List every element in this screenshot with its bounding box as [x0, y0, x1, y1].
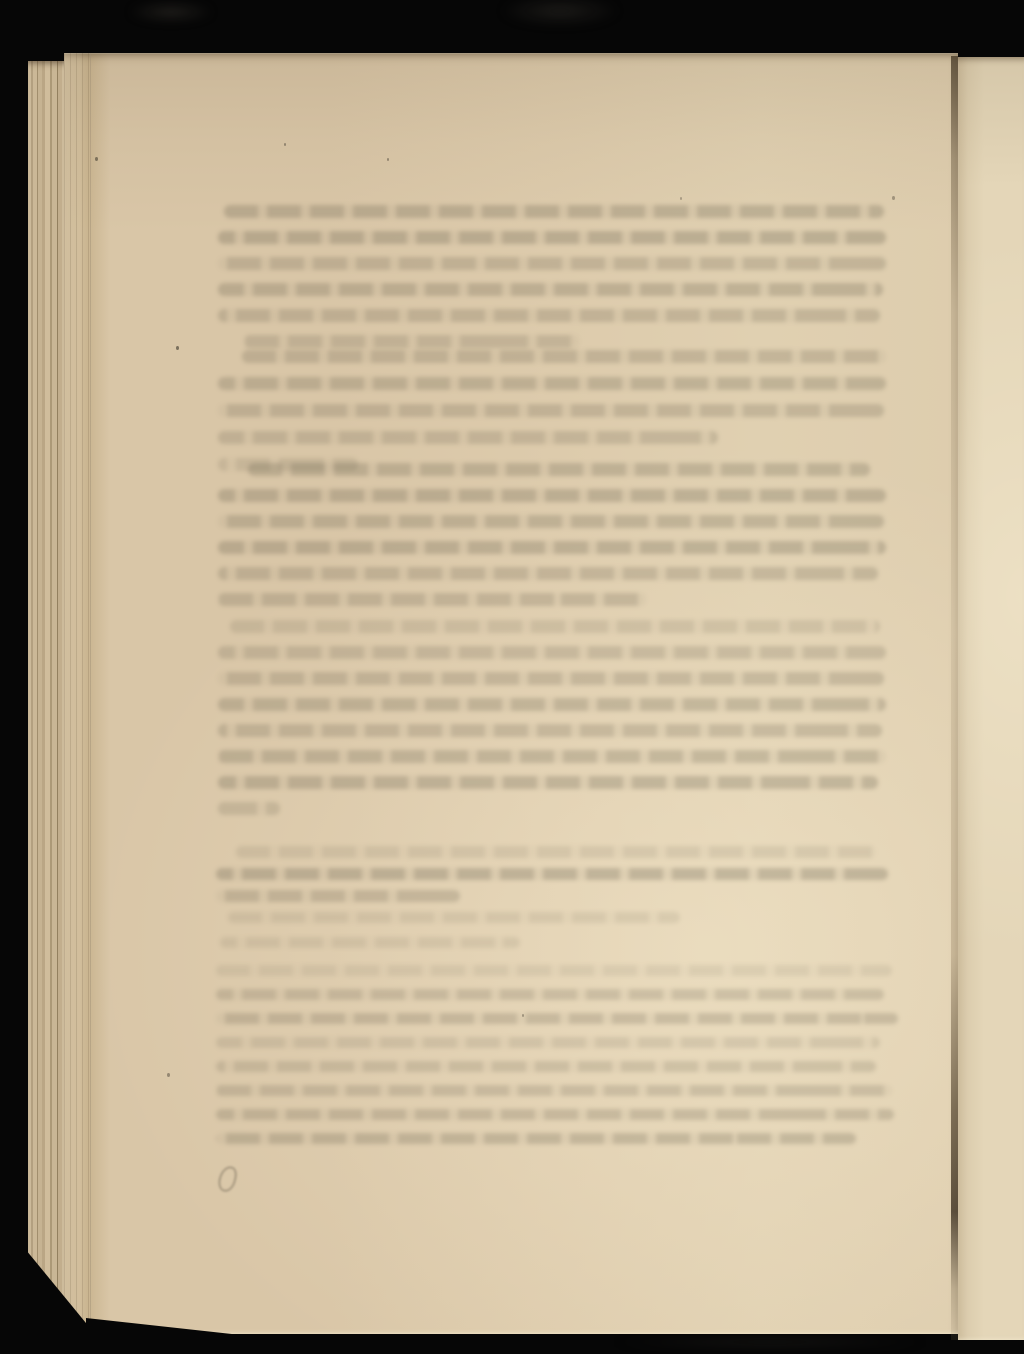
- book-scan: [0, 0, 1024, 1354]
- background-smudge: [610, 1336, 930, 1348]
- page-left-edge-curl: [64, 53, 91, 1334]
- background-smudge: [128, 2, 214, 22]
- page-gutter-groove: [951, 56, 958, 1340]
- facing-page-sliver: [958, 57, 1024, 1340]
- background-smudge: [500, 0, 620, 26]
- book-page: [64, 53, 958, 1334]
